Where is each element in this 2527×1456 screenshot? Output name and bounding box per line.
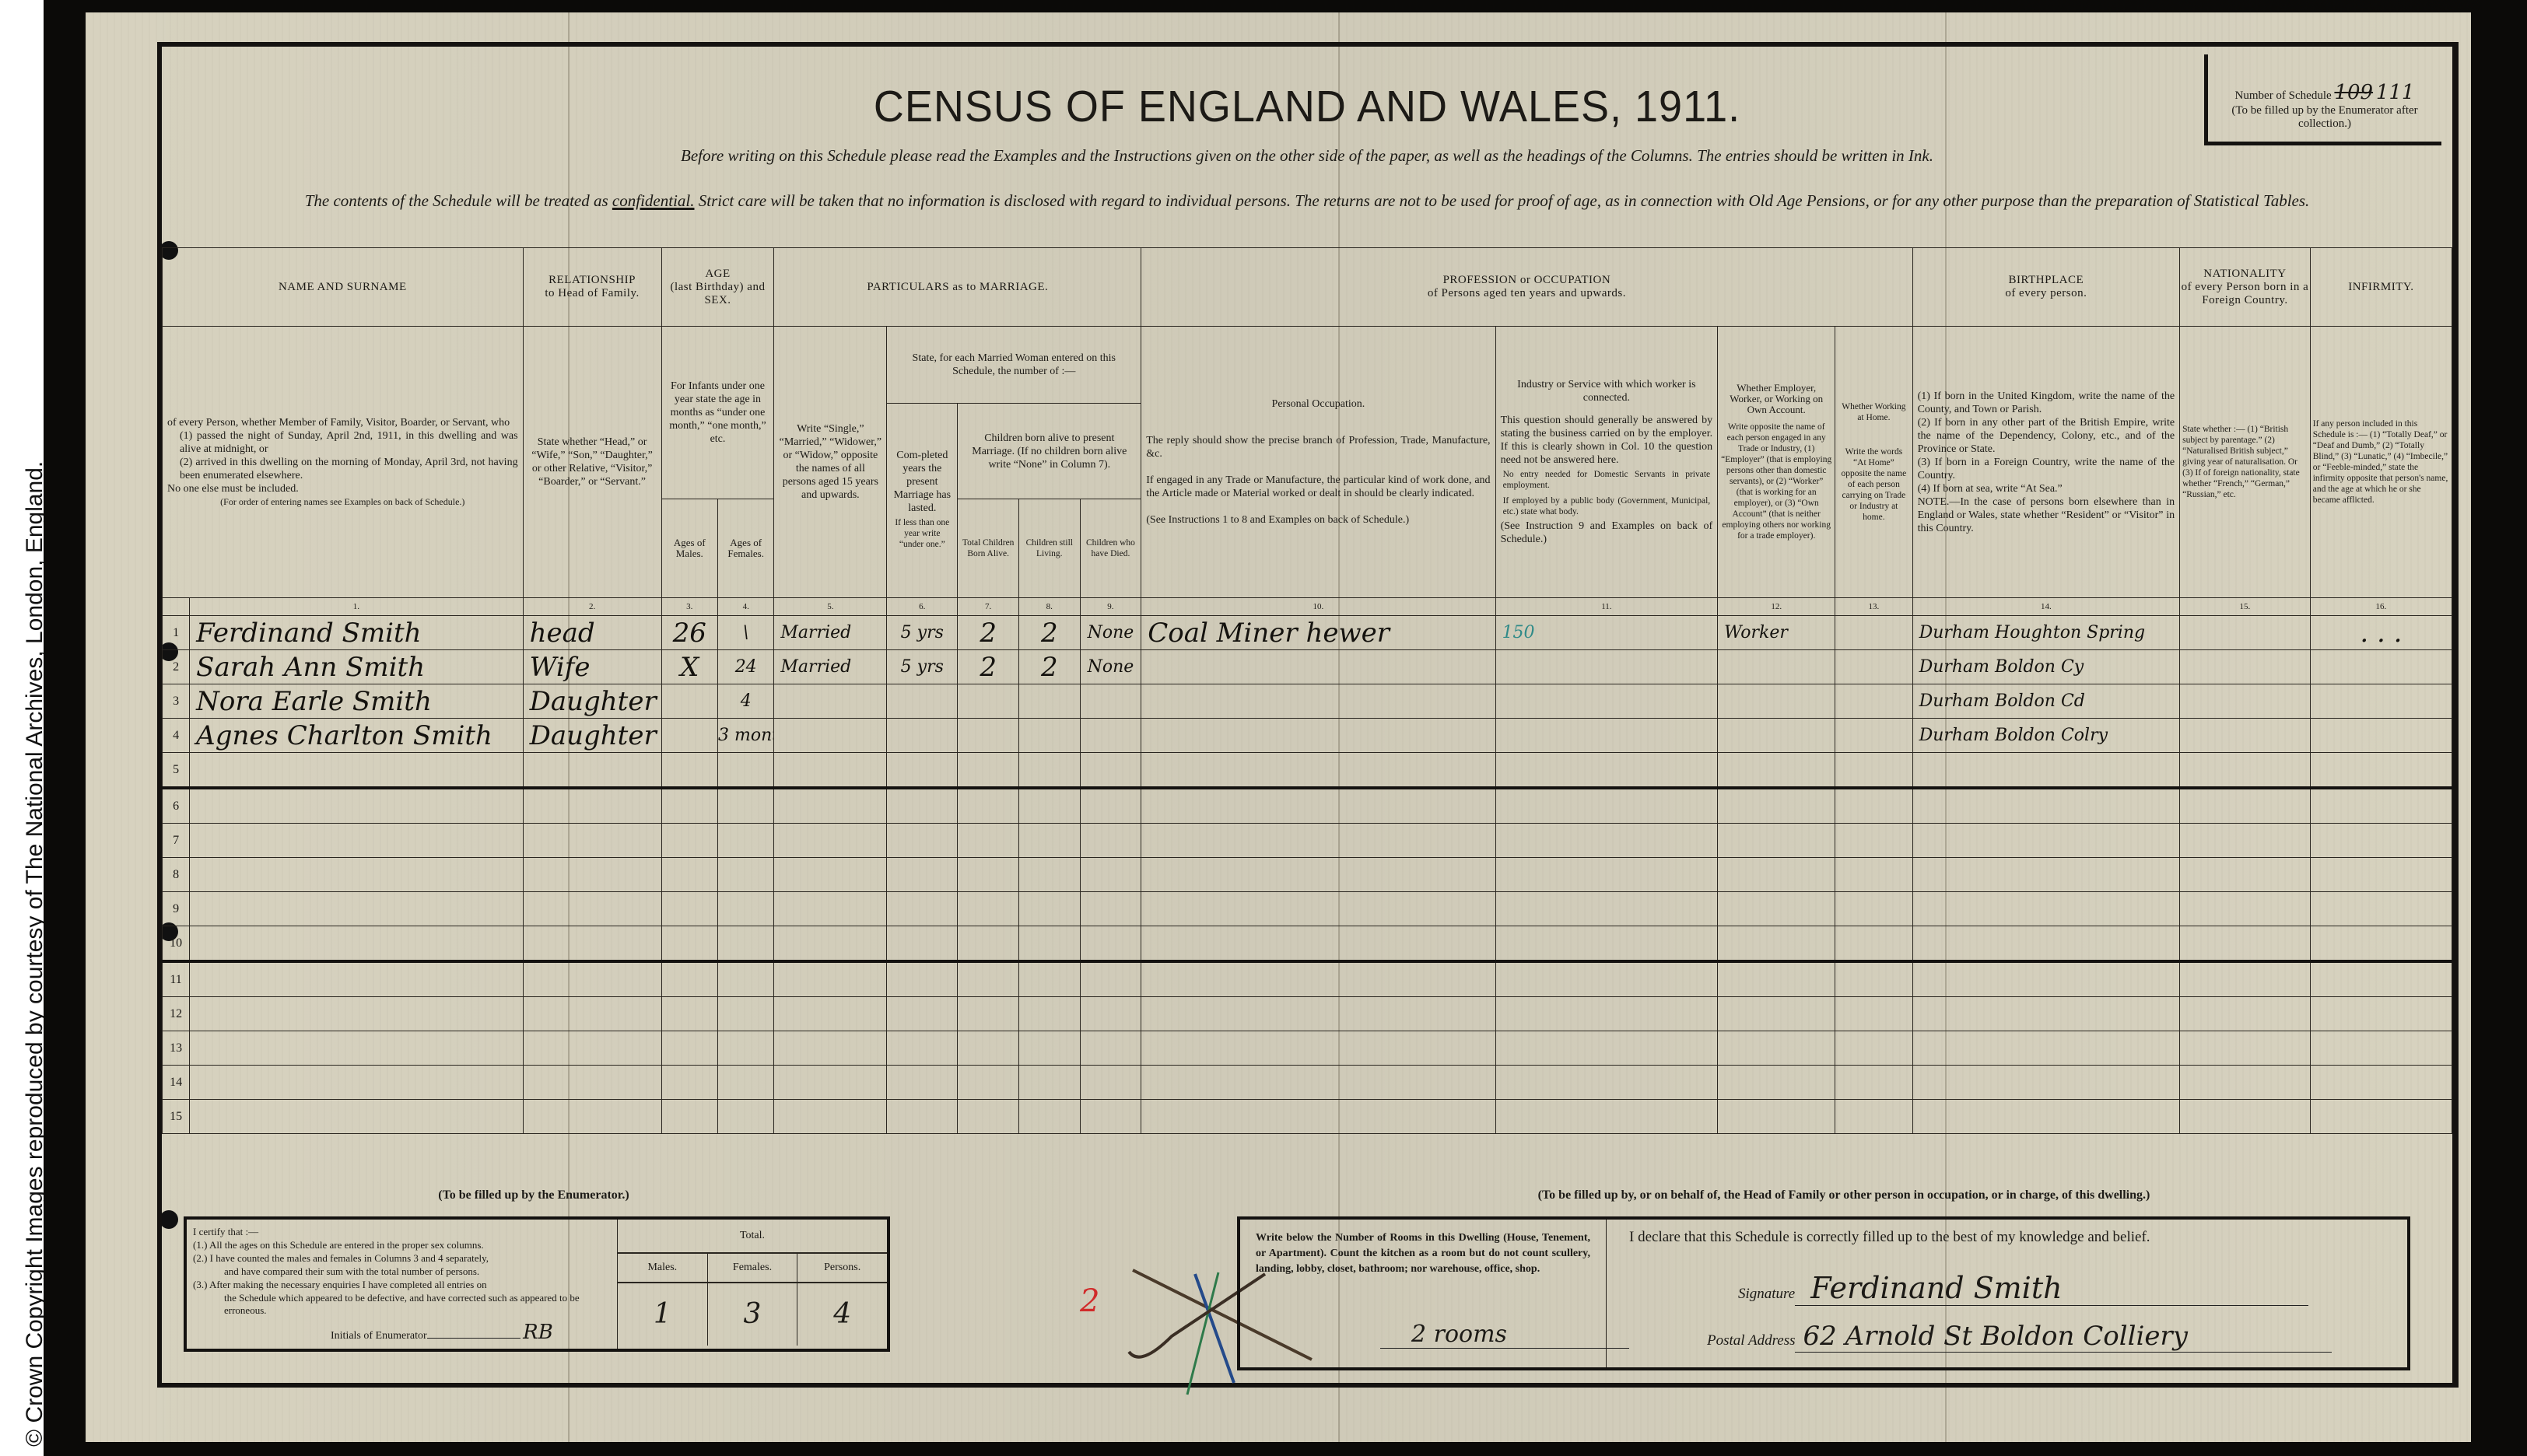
cell-relationship[interactable] [523, 858, 661, 892]
cell-birthplace[interactable]: Durham Houghton Spring [1912, 616, 2180, 650]
cell-occupation[interactable] [1141, 1100, 1495, 1134]
cell-born[interactable] [958, 1031, 1019, 1066]
cell-nationality[interactable] [2180, 892, 2311, 926]
relationship-description: State whether “Head,” or “Wife,” “Son,” … [523, 327, 661, 598]
cell-years[interactable] [887, 1100, 958, 1134]
cell-employer[interactable] [1718, 753, 1835, 789]
cell-died[interactable] [1080, 997, 1141, 1031]
cell-occupation[interactable] [1141, 892, 1495, 926]
row-number: 8 [163, 858, 190, 892]
header-nationality: NATIONALITYof every Person born in a For… [2180, 248, 2311, 327]
cell-name[interactable] [190, 1100, 523, 1134]
cell-years[interactable] [887, 997, 958, 1031]
copyright-credit: © Crown Copyright Images reproduced by c… [0, 0, 44, 1456]
cell-born[interactable] [958, 719, 1019, 753]
row-number: 10 [163, 926, 190, 962]
cell-age-f[interactable] [717, 753, 773, 789]
cell-occupation[interactable] [1141, 961, 1495, 997]
cell-birthplace[interactable] [1912, 926, 2180, 962]
cell-years[interactable] [887, 788, 958, 824]
cell-marriage[interactable] [774, 684, 887, 719]
cell-nationality[interactable] [2180, 616, 2311, 650]
cell-home[interactable] [1835, 926, 1912, 962]
cell-birthplace[interactable] [1912, 753, 2180, 789]
cell-occupation[interactable] [1141, 824, 1495, 858]
cell-living[interactable] [1018, 858, 1080, 892]
cell-marriage[interactable] [774, 858, 887, 892]
cell-birthplace[interactable] [1912, 858, 2180, 892]
signature-value[interactable]: Ferdinand Smith [1795, 1271, 2308, 1306]
personal-occupation-description: Personal Occupation.The reply should sho… [1141, 327, 1495, 598]
cell-relationship[interactable] [523, 997, 661, 1031]
cell-died[interactable] [1080, 719, 1141, 753]
cell-occupation[interactable] [1141, 1031, 1495, 1066]
header-age: AGE(last Birthday) and SEX. [661, 248, 774, 327]
cell-nationality[interactable] [2180, 650, 2311, 684]
cell-home[interactable] [1835, 788, 1912, 824]
description-row-1: of every Person, whether Member of Famil… [163, 327, 2452, 404]
cell-years[interactable] [887, 961, 958, 997]
table-row: 1Ferdinand Smithhead26\Married5 yrs22Non… [163, 616, 2452, 650]
row-number: 11 [163, 961, 190, 997]
cell-born[interactable] [958, 892, 1019, 926]
cell-marriage[interactable]: Married [774, 616, 887, 650]
cell-birthplace[interactable]: Durham Boldon Cd [1912, 684, 2180, 719]
total-males[interactable]: 1 [618, 1283, 708, 1346]
cell-marriage[interactable] [774, 926, 887, 962]
table-row: 3Nora Earle SmithDaughter4Durham Boldon … [163, 684, 2452, 719]
cell-age-f[interactable] [717, 1066, 773, 1100]
cell-marriage[interactable] [774, 1066, 887, 1100]
cell-birthplace[interactable] [1912, 997, 2180, 1031]
cell-occupation[interactable] [1141, 788, 1495, 824]
cell-died[interactable] [1080, 1031, 1141, 1066]
cell-name[interactable]: Sarah Ann Smith [190, 650, 523, 684]
header-row: NAME AND SURNAME RELATIONSHIPto Head of … [163, 248, 2452, 327]
cell-infirmity[interactable] [2310, 961, 2452, 997]
cell-employer[interactable] [1718, 788, 1835, 824]
cell-living[interactable] [1018, 1066, 1080, 1100]
cell-living[interactable] [1018, 824, 1080, 858]
cell-age-f[interactable]: 24 [717, 650, 773, 684]
still-living-label: Children still Living. [1018, 499, 1080, 598]
cell-born[interactable] [958, 1100, 1019, 1134]
cell-relationship[interactable]: Daughter [523, 684, 661, 719]
cell-name[interactable] [190, 788, 523, 824]
cell-home[interactable] [1835, 684, 1912, 719]
cell-employer[interactable] [1718, 997, 1835, 1031]
cell-birthplace[interactable]: Durham Boldon Colry [1912, 719, 2180, 753]
cell-infirmity[interactable] [2310, 650, 2452, 684]
cell-age-m[interactable] [661, 719, 717, 753]
cell-nationality[interactable] [2180, 1100, 2311, 1134]
cell-infirmity[interactable] [2310, 1031, 2452, 1066]
cell-birthplace[interactable] [1912, 1066, 2180, 1100]
ages-females-label: Ages of Females. [717, 499, 773, 598]
cell-nationality[interactable] [2180, 1031, 2311, 1066]
household-section: (To be filled up by, or on behalf of, th… [1237, 1188, 2451, 1361]
table-row: 9 [163, 892, 2452, 926]
cell-nationality[interactable] [2180, 684, 2311, 719]
cell-industry[interactable] [1495, 650, 1718, 684]
cell-home[interactable] [1835, 650, 1912, 684]
cell-relationship[interactable] [523, 892, 661, 926]
cell-age-f[interactable]: 4 [717, 684, 773, 719]
cell-industry[interactable]: 150 [1495, 616, 1718, 650]
cell-age-m[interactable] [661, 1031, 717, 1066]
row-number: 14 [163, 1066, 190, 1100]
cell-age-m[interactable] [661, 824, 717, 858]
cell-died[interactable] [1080, 858, 1141, 892]
cell-nationality[interactable] [2180, 858, 2311, 892]
cell-born[interactable] [958, 858, 1019, 892]
enumerator-certification-box: I certify that :— (1.) All the ages on t… [184, 1216, 890, 1352]
cell-age-m[interactable]: 26 [661, 616, 717, 650]
cell-employer[interactable] [1718, 1100, 1835, 1134]
cell-marriage[interactable] [774, 753, 887, 789]
cell-age-m[interactable] [661, 997, 717, 1031]
cell-nationality[interactable] [2180, 753, 2311, 789]
cell-born[interactable] [958, 824, 1019, 858]
table-row: 12 [163, 997, 2452, 1031]
cell-occupation[interactable] [1141, 1066, 1495, 1100]
industry-description: Industry or Service with which worker is… [1495, 327, 1718, 598]
cell-marriage[interactable] [774, 892, 887, 926]
table-row: 4Agnes Charlton SmithDaughter3 monthsDur… [163, 719, 2452, 753]
cell-relationship[interactable] [523, 961, 661, 997]
cell-living[interactable] [1018, 719, 1080, 753]
cell-living[interactable] [1018, 1031, 1080, 1066]
cell-infirmity[interactable] [2310, 1066, 2452, 1100]
column-number-row: 1.2.3.4. 5.6.7.8.9. 10.11.12.13. 14.15.1… [163, 598, 2452, 616]
cell-home[interactable] [1835, 997, 1912, 1031]
cell-home[interactable] [1835, 858, 1912, 892]
cell-age-m[interactable] [661, 1066, 717, 1100]
cell-infirmity[interactable]: . . . [2310, 616, 2452, 650]
cell-name[interactable] [190, 961, 523, 997]
cell-infirmity[interactable] [2310, 684, 2452, 719]
cell-years[interactable]: 5 yrs [887, 650, 958, 684]
schedule-number-box: Number of Schedule 109 111 (To be filled… [2204, 54, 2441, 145]
cell-born[interactable] [958, 684, 1019, 719]
cell-years[interactable] [887, 824, 958, 858]
cell-relationship[interactable] [523, 788, 661, 824]
cell-living[interactable] [1018, 926, 1080, 962]
cell-employer[interactable] [1718, 684, 1835, 719]
cell-birthplace[interactable] [1912, 788, 2180, 824]
cell-employer[interactable] [1718, 892, 1835, 926]
cell-industry[interactable] [1495, 824, 1718, 858]
cell-died[interactable] [1080, 892, 1141, 926]
cell-years[interactable] [887, 719, 958, 753]
cell-industry[interactable] [1495, 788, 1718, 824]
cell-infirmity[interactable] [2310, 892, 2452, 926]
cell-age-m[interactable] [661, 1100, 717, 1134]
cell-home[interactable] [1835, 892, 1912, 926]
cell-occupation[interactable] [1141, 719, 1495, 753]
cell-occupation[interactable] [1141, 684, 1495, 719]
cell-age-f[interactable] [717, 926, 773, 962]
census-table: NAME AND SURNAME RELATIONSHIPto Head of … [162, 247, 2452, 1134]
cell-age-f[interactable] [717, 892, 773, 926]
cell-marriage[interactable]: Married [774, 650, 887, 684]
cell-relationship[interactable] [523, 824, 661, 858]
cell-died[interactable] [1080, 824, 1141, 858]
cell-age-m[interactable] [661, 788, 717, 824]
cell-name[interactable] [190, 926, 523, 962]
cell-employer[interactable] [1718, 1066, 1835, 1100]
form-title: CENSUS OF ENGLAND AND WALES, 1911. [162, 81, 2452, 131]
cell-relationship[interactable]: head [523, 616, 661, 650]
cell-nationality[interactable] [2180, 961, 2311, 997]
cell-years[interactable]: 5 yrs [887, 616, 958, 650]
cell-industry[interactable] [1495, 1100, 1718, 1134]
cell-infirmity[interactable] [2310, 719, 2452, 753]
cell-home[interactable] [1835, 1066, 1912, 1100]
declaration-box: Write below the Number of Rooms in this … [1237, 1216, 2410, 1370]
row-number: 6 [163, 788, 190, 824]
cell-relationship[interactable]: Wife [523, 650, 661, 684]
cell-living[interactable]: 2 [1018, 616, 1080, 650]
cell-name[interactable] [190, 858, 523, 892]
cell-born[interactable] [958, 753, 1019, 789]
died-label: Children who have Died. [1080, 499, 1141, 598]
cell-living[interactable] [1018, 997, 1080, 1031]
cell-living[interactable] [1018, 753, 1080, 789]
cell-born[interactable] [958, 926, 1019, 962]
header-occupation: PROFESSION or OCCUPATIONof Persons aged … [1141, 248, 1912, 327]
cell-born[interactable] [958, 997, 1019, 1031]
cell-name[interactable] [190, 824, 523, 858]
cell-name[interactable] [190, 997, 523, 1031]
cell-relationship[interactable] [523, 926, 661, 962]
cell-years[interactable] [887, 1031, 958, 1066]
cell-died[interactable] [1080, 1100, 1141, 1134]
cell-years[interactable] [887, 684, 958, 719]
cell-industry[interactable] [1495, 961, 1718, 997]
cell-born[interactable]: 2 [958, 650, 1019, 684]
cell-marriage[interactable] [774, 788, 887, 824]
total-persons[interactable]: 4 [797, 1283, 887, 1346]
cell-industry[interactable] [1495, 1031, 1718, 1066]
cell-age-f[interactable]: 3 months [717, 719, 773, 753]
cell-relationship[interactable]: Daughter [523, 719, 661, 753]
cell-infirmity[interactable] [2310, 858, 2452, 892]
cell-infirmity[interactable] [2310, 753, 2452, 789]
cell-died[interactable] [1080, 753, 1141, 789]
cell-occupation[interactable] [1141, 650, 1495, 684]
home-description: Whether Working at Home.Write the words … [1835, 327, 1912, 598]
cell-died[interactable]: None [1080, 650, 1141, 684]
cell-born[interactable] [958, 788, 1019, 824]
cell-name[interactable] [190, 1031, 523, 1066]
cell-age-f[interactable] [717, 788, 773, 824]
infirmity-description: If any person included in this Schedule … [2310, 327, 2452, 598]
cell-years[interactable] [887, 1066, 958, 1100]
cell-died[interactable] [1080, 961, 1141, 997]
cell-occupation[interactable] [1141, 858, 1495, 892]
married-woman-description: State, for each Married Woman entered on… [887, 327, 1141, 404]
cell-home[interactable] [1835, 753, 1912, 789]
cell-marriage[interactable] [774, 961, 887, 997]
cell-employer[interactable] [1718, 650, 1835, 684]
cell-age-f[interactable] [717, 858, 773, 892]
cell-name[interactable] [190, 892, 523, 926]
cell-birthplace[interactable] [1912, 892, 2180, 926]
cell-birthplace[interactable] [1912, 961, 2180, 997]
cell-employer[interactable] [1718, 858, 1835, 892]
cell-name[interactable]: Ferdinand Smith [190, 616, 523, 650]
cell-years[interactable] [887, 753, 958, 789]
cell-living[interactable] [1018, 788, 1080, 824]
cell-marriage[interactable] [774, 997, 887, 1031]
cell-employer[interactable]: Worker [1718, 616, 1835, 650]
cell-birthplace[interactable]: Durham Boldon Cy [1912, 650, 2180, 684]
cell-age-f[interactable] [717, 997, 773, 1031]
cell-occupation[interactable] [1141, 926, 1495, 962]
schedule-number-value[interactable]: 111 [2376, 81, 2415, 104]
cell-employer[interactable] [1718, 719, 1835, 753]
cell-living[interactable] [1018, 684, 1080, 719]
cell-occupation[interactable] [1141, 753, 1495, 789]
cell-born[interactable] [958, 961, 1019, 997]
cell-employer[interactable] [1718, 824, 1835, 858]
cell-home[interactable] [1835, 961, 1912, 997]
cell-industry[interactable] [1495, 684, 1718, 719]
cell-years[interactable] [887, 858, 958, 892]
cell-industry[interactable] [1495, 1066, 1718, 1100]
cell-name[interactable]: Agnes Charlton Smith [190, 719, 523, 753]
header-birthplace: BIRTHPLACEof every person. [1912, 248, 2180, 327]
cell-age-m[interactable]: X [661, 650, 717, 684]
cell-born[interactable] [958, 1066, 1019, 1100]
cell-employer[interactable] [1718, 926, 1835, 962]
instruction-line-2: The contents of the Schedule will be tre… [185, 188, 2429, 213]
cell-nationality[interactable] [2180, 926, 2311, 962]
cell-marriage[interactable] [774, 824, 887, 858]
cell-industry[interactable] [1495, 858, 1718, 892]
cell-employer[interactable] [1718, 1031, 1835, 1066]
cell-relationship[interactable] [523, 1066, 661, 1100]
cell-infirmity[interactable] [2310, 926, 2452, 962]
cell-name[interactable] [190, 1066, 523, 1100]
cell-occupation[interactable]: Coal Miner hewer [1141, 616, 1495, 650]
cell-name[interactable]: Nora Earle Smith [190, 684, 523, 719]
cell-living[interactable]: 2 [1018, 650, 1080, 684]
cell-infirmity[interactable] [2310, 824, 2452, 858]
table-row: 15 [163, 1100, 2452, 1134]
cell-nationality[interactable] [2180, 824, 2311, 858]
cell-home[interactable] [1835, 1031, 1912, 1066]
cell-industry[interactable] [1495, 892, 1718, 926]
cell-relationship[interactable] [523, 1100, 661, 1134]
cell-nationality[interactable] [2180, 788, 2311, 824]
cell-died[interactable]: None [1080, 616, 1141, 650]
cell-years[interactable] [887, 926, 958, 962]
marriage-status-description: Write “Single,” “Married,” “Widower,” or… [774, 327, 887, 598]
cell-birthplace[interactable] [1912, 1100, 2180, 1134]
cell-home[interactable] [1835, 824, 1912, 858]
table-row: 6 [163, 788, 2452, 824]
total-females[interactable]: 3 [708, 1283, 798, 1346]
nationality-description: State whether :— (1) “British subject by… [2180, 327, 2311, 598]
cell-age-m[interactable] [661, 961, 717, 997]
cell-home[interactable] [1835, 1100, 1912, 1134]
row-number: 2 [163, 650, 190, 684]
cell-died[interactable] [1080, 926, 1141, 962]
cell-relationship[interactable] [523, 1031, 661, 1066]
enumerator-section: (To be filled up by the Enumerator.) I c… [184, 1188, 1164, 1361]
cell-age-f[interactable] [717, 1031, 773, 1066]
cell-industry[interactable] [1495, 753, 1718, 789]
row-number: 13 [163, 1031, 190, 1066]
cell-age-f[interactable] [717, 1100, 773, 1134]
cell-nationality[interactable] [2180, 1066, 2311, 1100]
table-row: 2Sarah Ann SmithWifeX24Married5 yrs22Non… [163, 650, 2452, 684]
cell-marriage[interactable] [774, 719, 887, 753]
cell-age-m[interactable] [661, 753, 717, 789]
table-row: 7 [163, 824, 2452, 858]
schedule-number-struck: 109 [2334, 81, 2373, 104]
cell-name[interactable] [190, 753, 523, 789]
instruction-line-1: Before writing on this Schedule please r… [162, 146, 2452, 166]
cell-infirmity[interactable] [2310, 788, 2452, 824]
row-number: 4 [163, 719, 190, 753]
cell-birthplace[interactable] [1912, 1031, 2180, 1066]
cell-age-m[interactable] [661, 684, 717, 719]
cell-living[interactable] [1018, 1100, 1080, 1134]
cell-marriage[interactable] [774, 1031, 887, 1066]
cell-nationality[interactable] [2180, 719, 2311, 753]
rooms-value[interactable]: 2 rooms [1380, 1321, 1629, 1349]
cell-died[interactable] [1080, 788, 1141, 824]
cell-born[interactable]: 2 [958, 616, 1019, 650]
row-number: 12 [163, 997, 190, 1031]
cell-industry[interactable] [1495, 997, 1718, 1031]
ages-males-label: Ages of Males. [661, 499, 717, 598]
table-row: 5 [163, 753, 2452, 789]
cell-age-m[interactable] [661, 892, 717, 926]
header-name: NAME AND SURNAME [163, 248, 524, 327]
cell-infirmity[interactable] [2310, 997, 2452, 1031]
cell-age-f[interactable] [717, 961, 773, 997]
cell-age-f[interactable] [717, 824, 773, 858]
cell-marriage[interactable] [774, 1100, 887, 1134]
cell-industry[interactable] [1495, 926, 1718, 962]
signature-field: SignatureFerdinand Smith [1738, 1271, 2308, 1306]
cell-died[interactable] [1080, 1066, 1141, 1100]
cell-occupation[interactable] [1141, 997, 1495, 1031]
cell-infirmity[interactable] [2310, 1100, 2452, 1134]
cell-employer[interactable] [1718, 961, 1835, 997]
table-row: 13 [163, 1031, 2452, 1066]
cell-nationality[interactable] [2180, 997, 2311, 1031]
cell-died[interactable] [1080, 684, 1141, 719]
cell-age-m[interactable] [661, 926, 717, 962]
name-description: of every Person, whether Member of Famil… [163, 327, 524, 598]
cell-living[interactable] [1018, 961, 1080, 997]
cell-age-m[interactable] [661, 858, 717, 892]
cell-living[interactable] [1018, 892, 1080, 926]
postal-address-value[interactable]: 62 Arnold St Boldon Colliery [1795, 1321, 2332, 1353]
cell-age-f[interactable]: \ [717, 616, 773, 650]
cell-home[interactable] [1835, 616, 1912, 650]
cell-birthplace[interactable] [1912, 824, 2180, 858]
cell-industry[interactable] [1495, 719, 1718, 753]
cell-home[interactable] [1835, 719, 1912, 753]
cell-relationship[interactable] [523, 753, 661, 789]
cell-years[interactable] [887, 892, 958, 926]
